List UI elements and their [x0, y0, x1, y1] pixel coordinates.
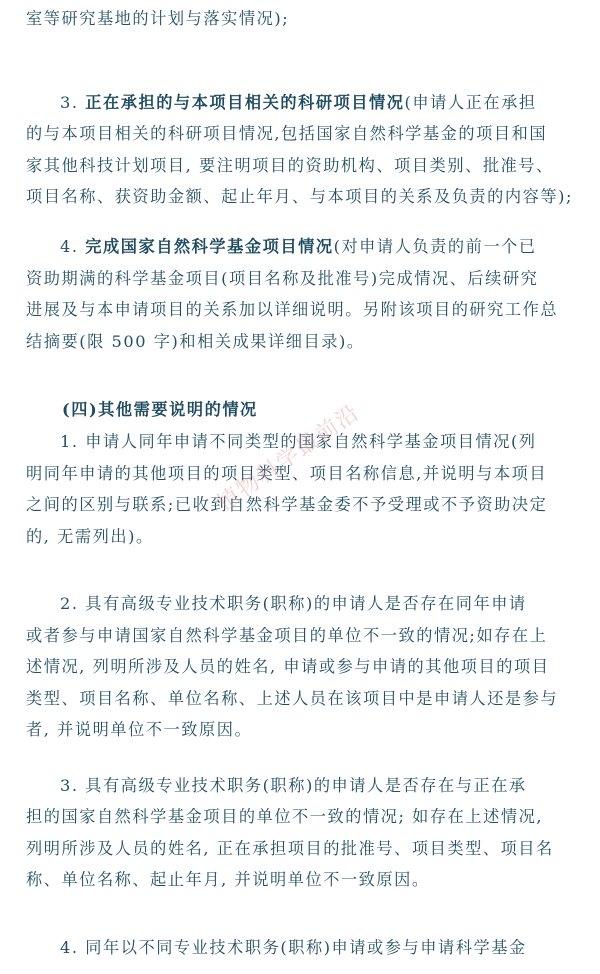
s4-item1-line: 明同年申请的其他项目的项目类型、项目名称信息,并说明与本项目: [26, 463, 578, 485]
section4-heading: (四)其他需要说明的情况: [62, 399, 600, 421]
s4-item3-line: 称、单位名称、起止年月, 并说明单位不一致原因。: [26, 869, 578, 891]
s4-item2-line: 类型、项目名称、单位名称、上述人员在该项目中是申请人还是参与: [26, 688, 578, 710]
item3-number: 3.: [60, 93, 79, 112]
s4-item1-first: 1. 申请人同年申请不同类型的国家自然科学基金项目情况(列: [60, 431, 580, 453]
item4-line: 结摘要(限 500 字)和相关成果详细目录)。: [26, 331, 578, 353]
s4-item3-first: 3. 具有高级专业技术职务(职称)的申请人是否存在与正在承: [60, 775, 580, 797]
item3-title: 正在承担的与本项目相关的科研项目情况: [85, 93, 404, 112]
item3-line: 家其他科技计划项目, 要注明项目的资助机构、项目类别、批准号、: [26, 155, 578, 177]
item4-line: 资助期满的科学基金项目(项目名称及批准号)完成情况、后续研究: [26, 268, 578, 290]
s4-item3-line: 担的国家自然科学基金项目的单位不一致的情况; 如存在上述情况,: [26, 806, 578, 828]
s4-item2-line: 者, 并说明单位不一致原因。: [26, 719, 578, 741]
s4-item2-first: 2. 具有高级专业技术职务(职称)的申请人是否存在同年申请: [60, 593, 580, 615]
item3-line: 的与本项目相关的科研项目情况,包括国家自然科学基金的项目和国: [26, 123, 578, 145]
item4-number: 4.: [60, 237, 79, 256]
item3-line: 项目名称、获资助金额、起止年月、与本项目的关系及负责的内容等);: [26, 186, 578, 208]
item4-line: 进展及与本申请项目的关系加以详细说明。另附该项目的研究工作总: [26, 299, 578, 321]
item4-title: 完成国家自然科学基金项目情况: [85, 237, 333, 256]
s4-item3-line: 列明所涉及人员的姓名, 正在承担项目的批准号、项目类型、项目名: [26, 838, 578, 860]
s4-item1-line: 的, 无需列出)。: [26, 526, 578, 548]
s4-item2-line: 或者参与申请国家自然科学基金项目的单位不一致的情况;如存在上: [26, 625, 578, 647]
s4-item1-line: 之间的区别与联系;已收到自然科学基金委不予受理或不予资助决定: [26, 494, 578, 516]
item4-first-rest: (对申请人负责的前一个已: [334, 237, 537, 256]
continuation-line: 室等研究基地的计划与落实情况);: [26, 8, 578, 30]
s4-item2-line: 述情况, 列明所涉及人员的姓名, 申请或参与申请的其他项目的项目: [26, 656, 578, 678]
s4-item4-first: 4. 同年以不同专业技术职务(职称)申请或参与申请科学基金: [60, 937, 580, 959]
document-page: 室等研究基地的计划与落实情况); 3. 正在承担的与本项目相关的科研项目情况(申…: [0, 0, 600, 974]
item3-first-line: 3. 正在承担的与本项目相关的科研项目情况(申请人正在承担: [60, 92, 580, 114]
item4-first-line: 4. 完成国家自然科学基金项目情况(对申请人负责的前一个已: [60, 236, 580, 258]
item3-first-rest: (申请人正在承担: [405, 93, 537, 112]
